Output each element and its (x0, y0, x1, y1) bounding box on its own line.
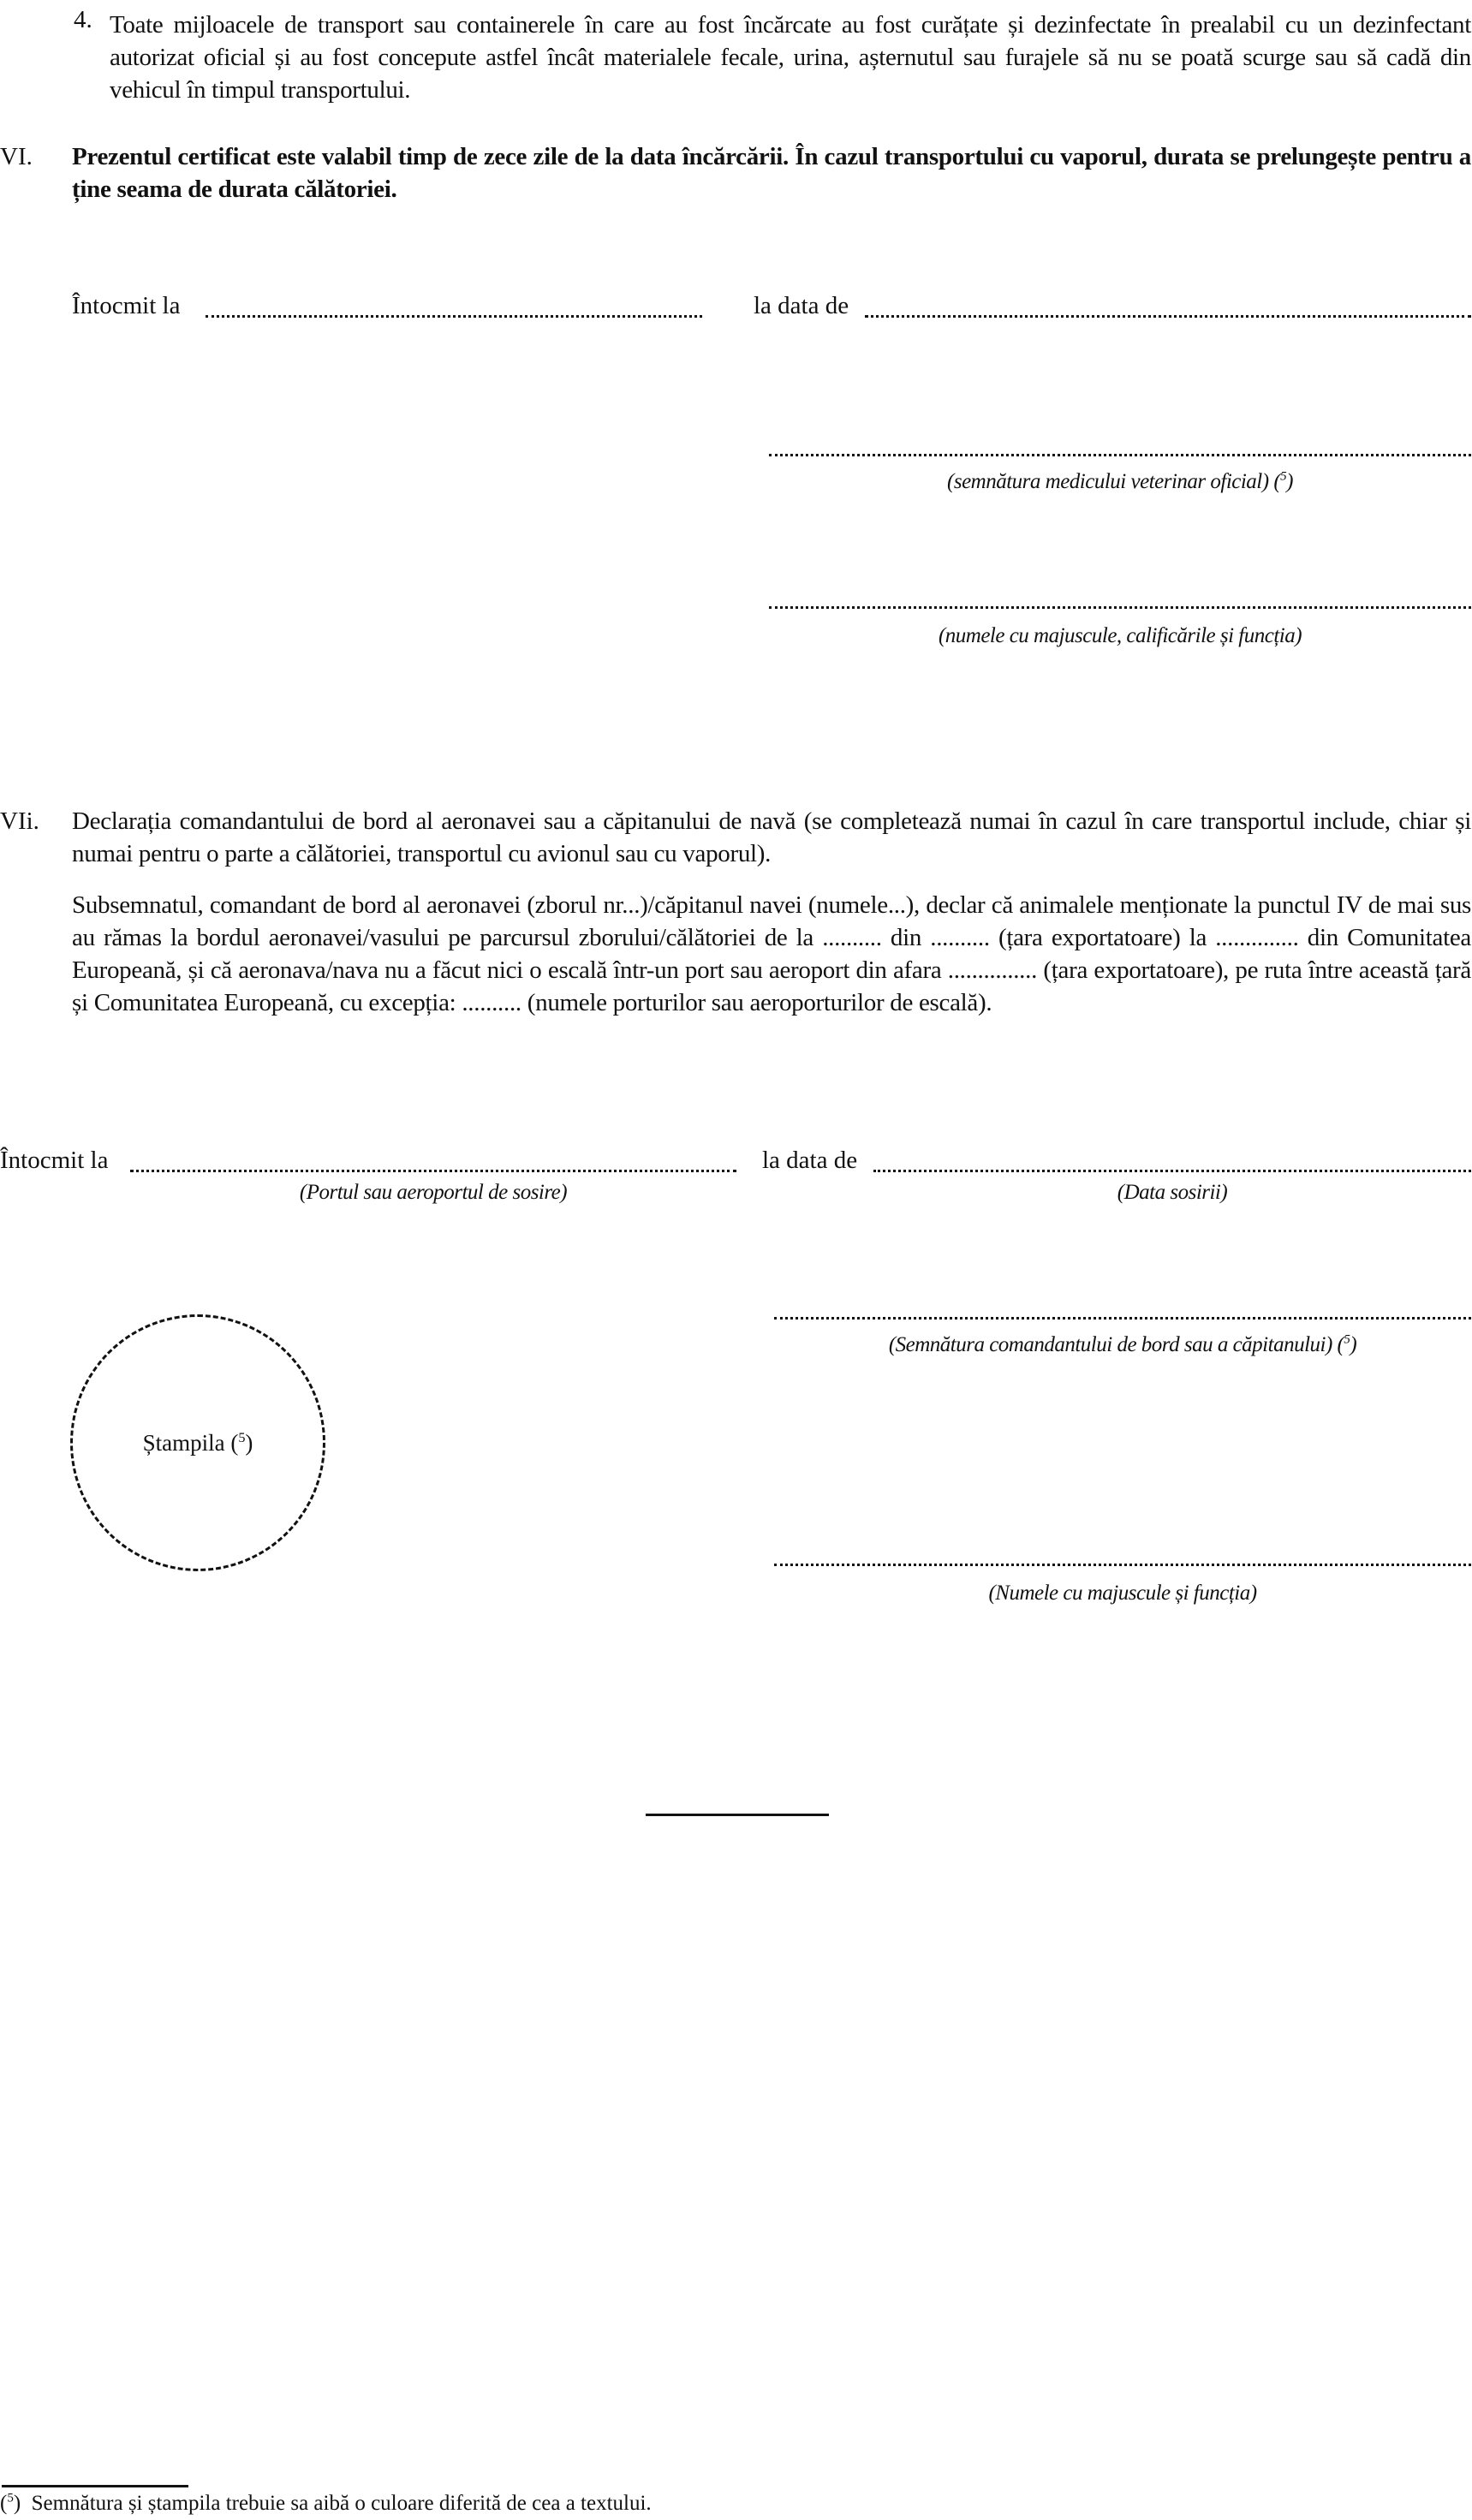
item-4-text: Toate mijloacele de transport sau contai… (110, 9, 1471, 106)
item-4-number: 4. (74, 3, 92, 36)
section-7-text: Declarația comandantului de bord al aero… (72, 805, 1471, 870)
section-7-number: VIi. (0, 805, 39, 837)
footnote: (5) Semnătura și ștampila trebuie sa aib… (0, 2490, 652, 2517)
captain-signature-caption: (Semnătura comandantului de bord sau a c… (774, 1332, 1471, 1358)
end-separator (646, 1814, 829, 1816)
arrival-place-line[interactable] (130, 1170, 736, 1172)
section-6-text: Prezentul certificat este valabil timp d… (72, 140, 1471, 206)
place-input-line[interactable] (206, 315, 702, 318)
vet-name-caption: (numele cu majuscule, calificările și fu… (769, 623, 1471, 649)
footnote-rule (2, 2485, 188, 2487)
captain-name-caption: (Numele cu majuscule și funcția) (774, 1581, 1471, 1606)
section-7-declaration: Subsemnatul, comandant de bord al aerona… (72, 889, 1471, 1019)
captain-name-line[interactable] (774, 1564, 1471, 1566)
date-label: la data de (754, 289, 849, 322)
vet-signature-caption: (semnătura medicului veterinar oficial) … (769, 469, 1471, 495)
arrival-date-label: la data de (762, 1144, 857, 1177)
stamp-circle: Ștampila (5) (70, 1314, 325, 1571)
footnote-text: Semnătura și ștampila trebuie sa aibă o … (32, 2492, 652, 2515)
vet-signature-line[interactable] (769, 454, 1471, 456)
vet-name-line[interactable] (769, 606, 1471, 609)
stamp-label: Ștampila (5) (73, 1430, 323, 1457)
date-input-line[interactable] (865, 315, 1471, 318)
arrival-date-line[interactable] (873, 1170, 1471, 1172)
captain-signature-line[interactable] (774, 1317, 1471, 1320)
arrival-place-label: Întocmit la (0, 1144, 108, 1177)
section-6-number: VI. (0, 140, 33, 173)
arrival-date-caption: (Data sosirii) (873, 1180, 1471, 1206)
place-label: Întocmit la (72, 289, 180, 322)
arrival-place-caption: (Portul sau aeroportul de sosire) (130, 1180, 736, 1206)
